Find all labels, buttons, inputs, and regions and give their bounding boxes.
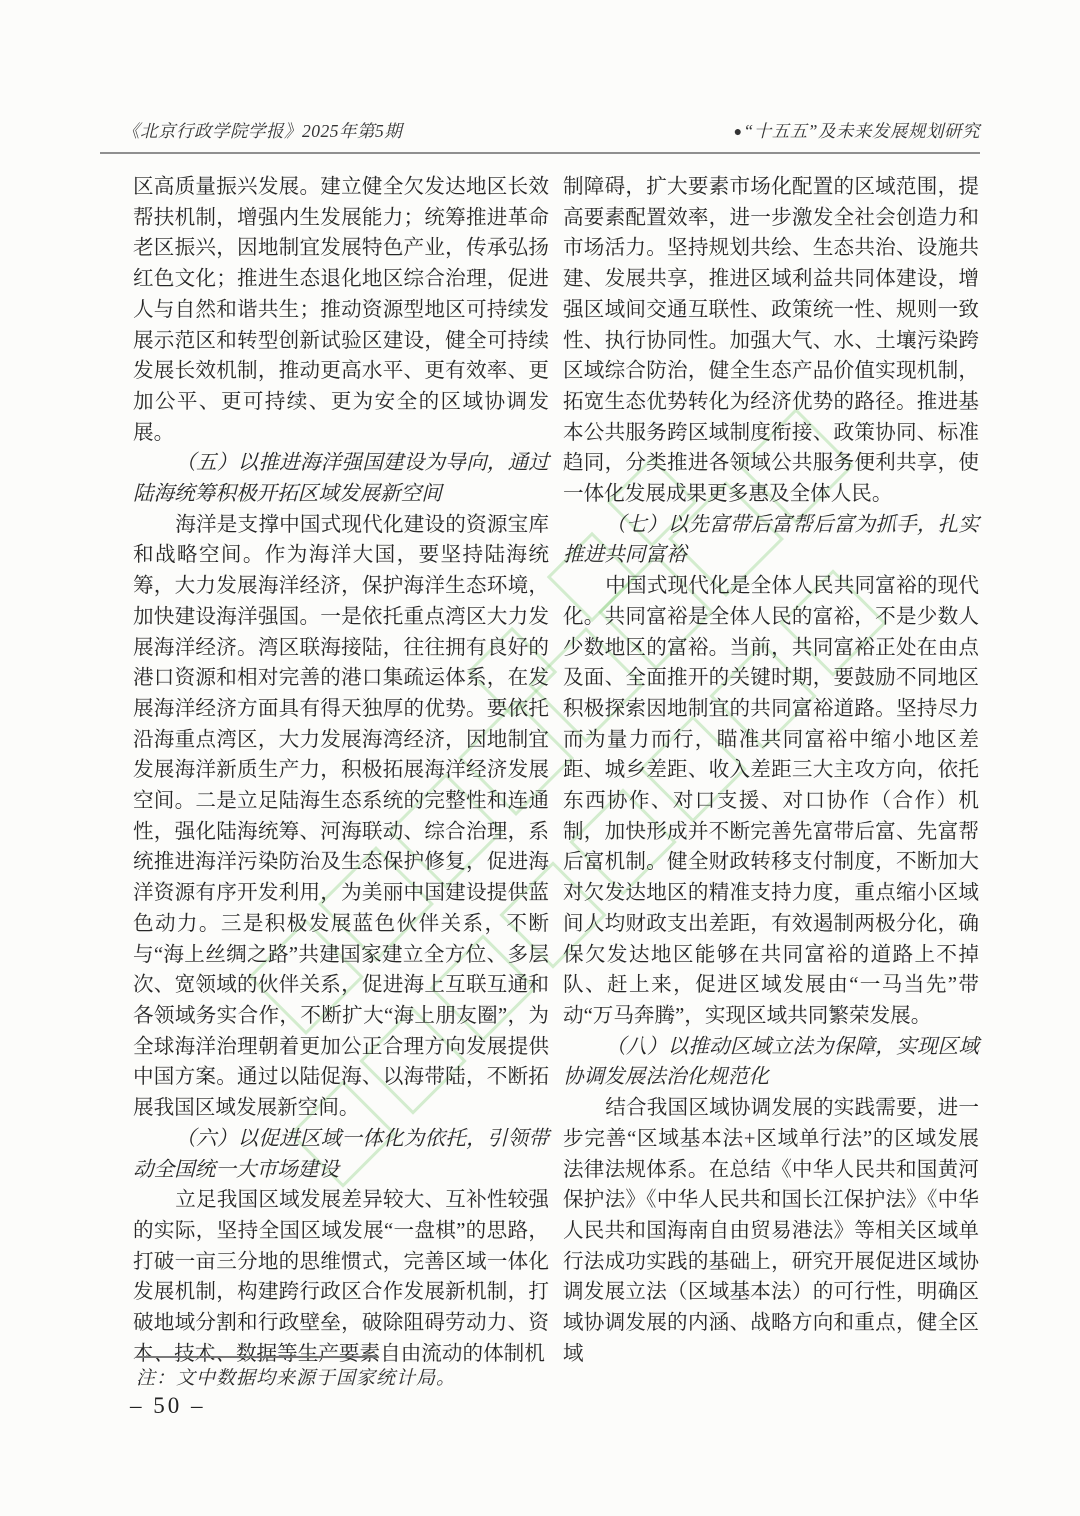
- section-heading-8: （八）以推动区域立法为保障，实现区域协调发展法治化规范化: [563, 1032, 979, 1093]
- page-number: – 50 –: [130, 1393, 206, 1419]
- paragraph: 结合我国区域协调发展的实践需要，进一步完善“区域基本法+区域单行法”的区域发展法…: [563, 1093, 979, 1369]
- journal-title: 《北京行政学院学报》2025年第5期: [100, 118, 402, 143]
- paragraph: 立足我国区域发展差异较大、互补性较强的实际，坚持全国区域发展“一盘棋”的思路，打…: [133, 1185, 549, 1369]
- footnote-divider: [136, 1356, 379, 1358]
- bullet-icon: ●: [734, 125, 743, 140]
- article-body: 区高质量振兴发展。建立健全欠发达地区长效帮扶机制，增强内生发展能力；统筹推进革命…: [133, 172, 979, 1369]
- footnote: 注：文中数据均来源于国家统计局。: [136, 1363, 456, 1390]
- journal-page: 《北京行政学院学报》2025年第5期 ●“十五五”及未来发展规划研究 区高质量振…: [0, 0, 1080, 1516]
- column-topic: ●“十五五”及未来发展规划研究: [734, 118, 980, 143]
- paragraph-continued: 制障碍，扩大要素市场化配置的区域范围，提高要素配置效率，进一步激发全社会创造力和…: [563, 172, 979, 510]
- paragraph: 海洋是支撑中国式现代化建设的资源宝库和战略空间。作为海洋大国，要坚持陆海统筹，大…: [133, 510, 549, 1124]
- right-column: 制障碍，扩大要素市场化配置的区域范围，提高要素配置效率，进一步激发全社会创造力和…: [563, 172, 979, 1369]
- section-heading-5: （五）以推进海洋强国建设为导向，通过陆海统筹积极开拓区域发展新空间: [133, 448, 549, 509]
- section-heading-6: （六）以促进区域一体化为依托，引领带动全国统一大市场建设: [133, 1124, 549, 1185]
- section-heading-7: （七）以先富带后富帮后富为抓手，扎实推进共同富裕: [563, 510, 979, 571]
- paragraph: 中国式现代化是全体人民共同富裕的现代化。共同富裕是全体人民的富裕，不是少数人少数…: [563, 571, 979, 1032]
- header-divider: [100, 152, 980, 154]
- column-topic-label: “十五五”及未来发展规划研究: [744, 121, 980, 141]
- left-column: 区高质量振兴发展。建立健全欠发达地区长效帮扶机制，增强内生发展能力；统筹推进革命…: [133, 172, 549, 1369]
- page-header: 《北京行政学院学报》2025年第5期 ●“十五五”及未来发展规划研究: [100, 118, 980, 143]
- paragraph-continued: 区高质量振兴发展。建立健全欠发达地区长效帮扶机制，增强内生发展能力；统筹推进革命…: [133, 172, 549, 448]
